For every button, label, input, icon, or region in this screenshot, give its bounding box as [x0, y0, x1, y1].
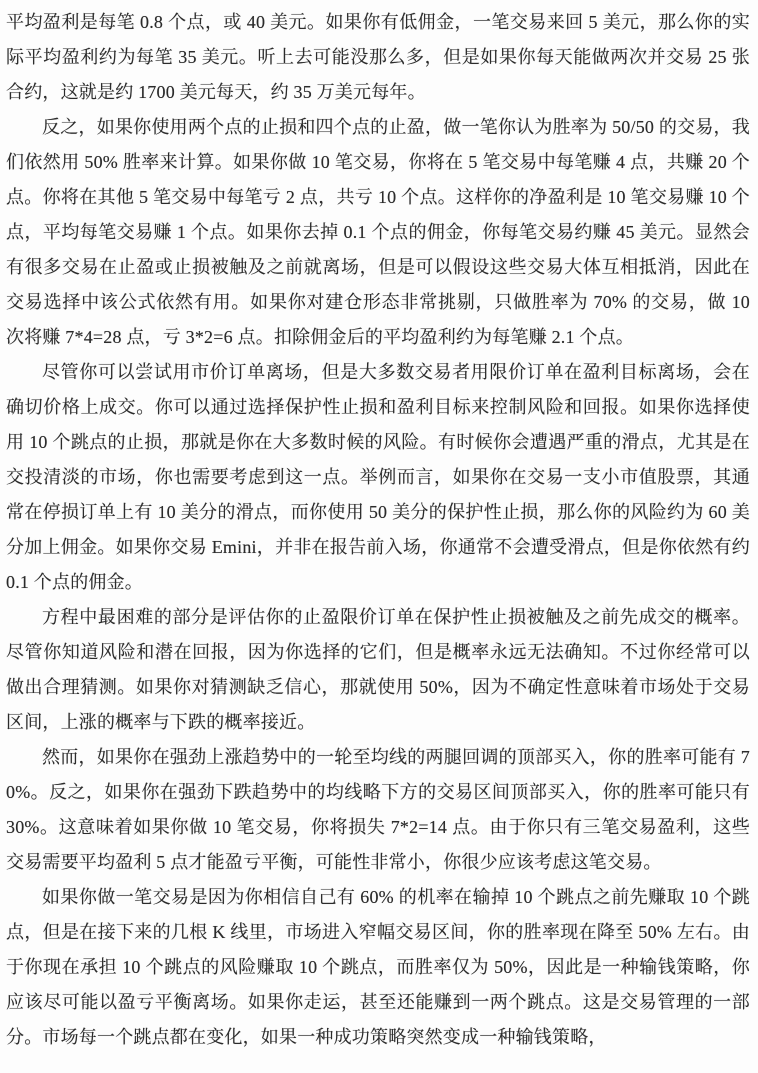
paragraph-avg-profit: 平均盈利是每笔 0.8 个点，或 40 美元。如果你有低佣金，一笔交易来回 5 …: [6, 5, 750, 110]
paragraph-trade-management: 如果你做一笔交易是因为你相信自己有 60% 的机率在输掉 10 个跳点之前先赚取…: [6, 880, 750, 1055]
paragraph-stop-loss-take-profit-math: 反之，如果你使用两个点的止损和四个点的止盈，做一笔你认为胜率为 50/50 的交…: [6, 110, 750, 355]
paragraph-trend-pullback-win-rate: 然而，如果你在强劲上涨趋势中的一轮至均线的两腿回调的顶部买入，你的胜率可能有 7…: [6, 740, 750, 880]
paragraph-limit-orders-slippage: 尽管你可以尝试用市价订单离场，但是大多数交易者用限价订单在盈利目标离场，会在确切…: [6, 355, 750, 600]
paragraph-probability-estimation: 方程中最困难的部分是评估你的止盈限价订单在保护性止损被触及之前先成交的概率。尽管…: [6, 600, 750, 740]
document-page: 平均盈利是每笔 0.8 个点，或 40 美元。如果你有低佣金，一笔交易来回 5 …: [0, 0, 758, 1073]
